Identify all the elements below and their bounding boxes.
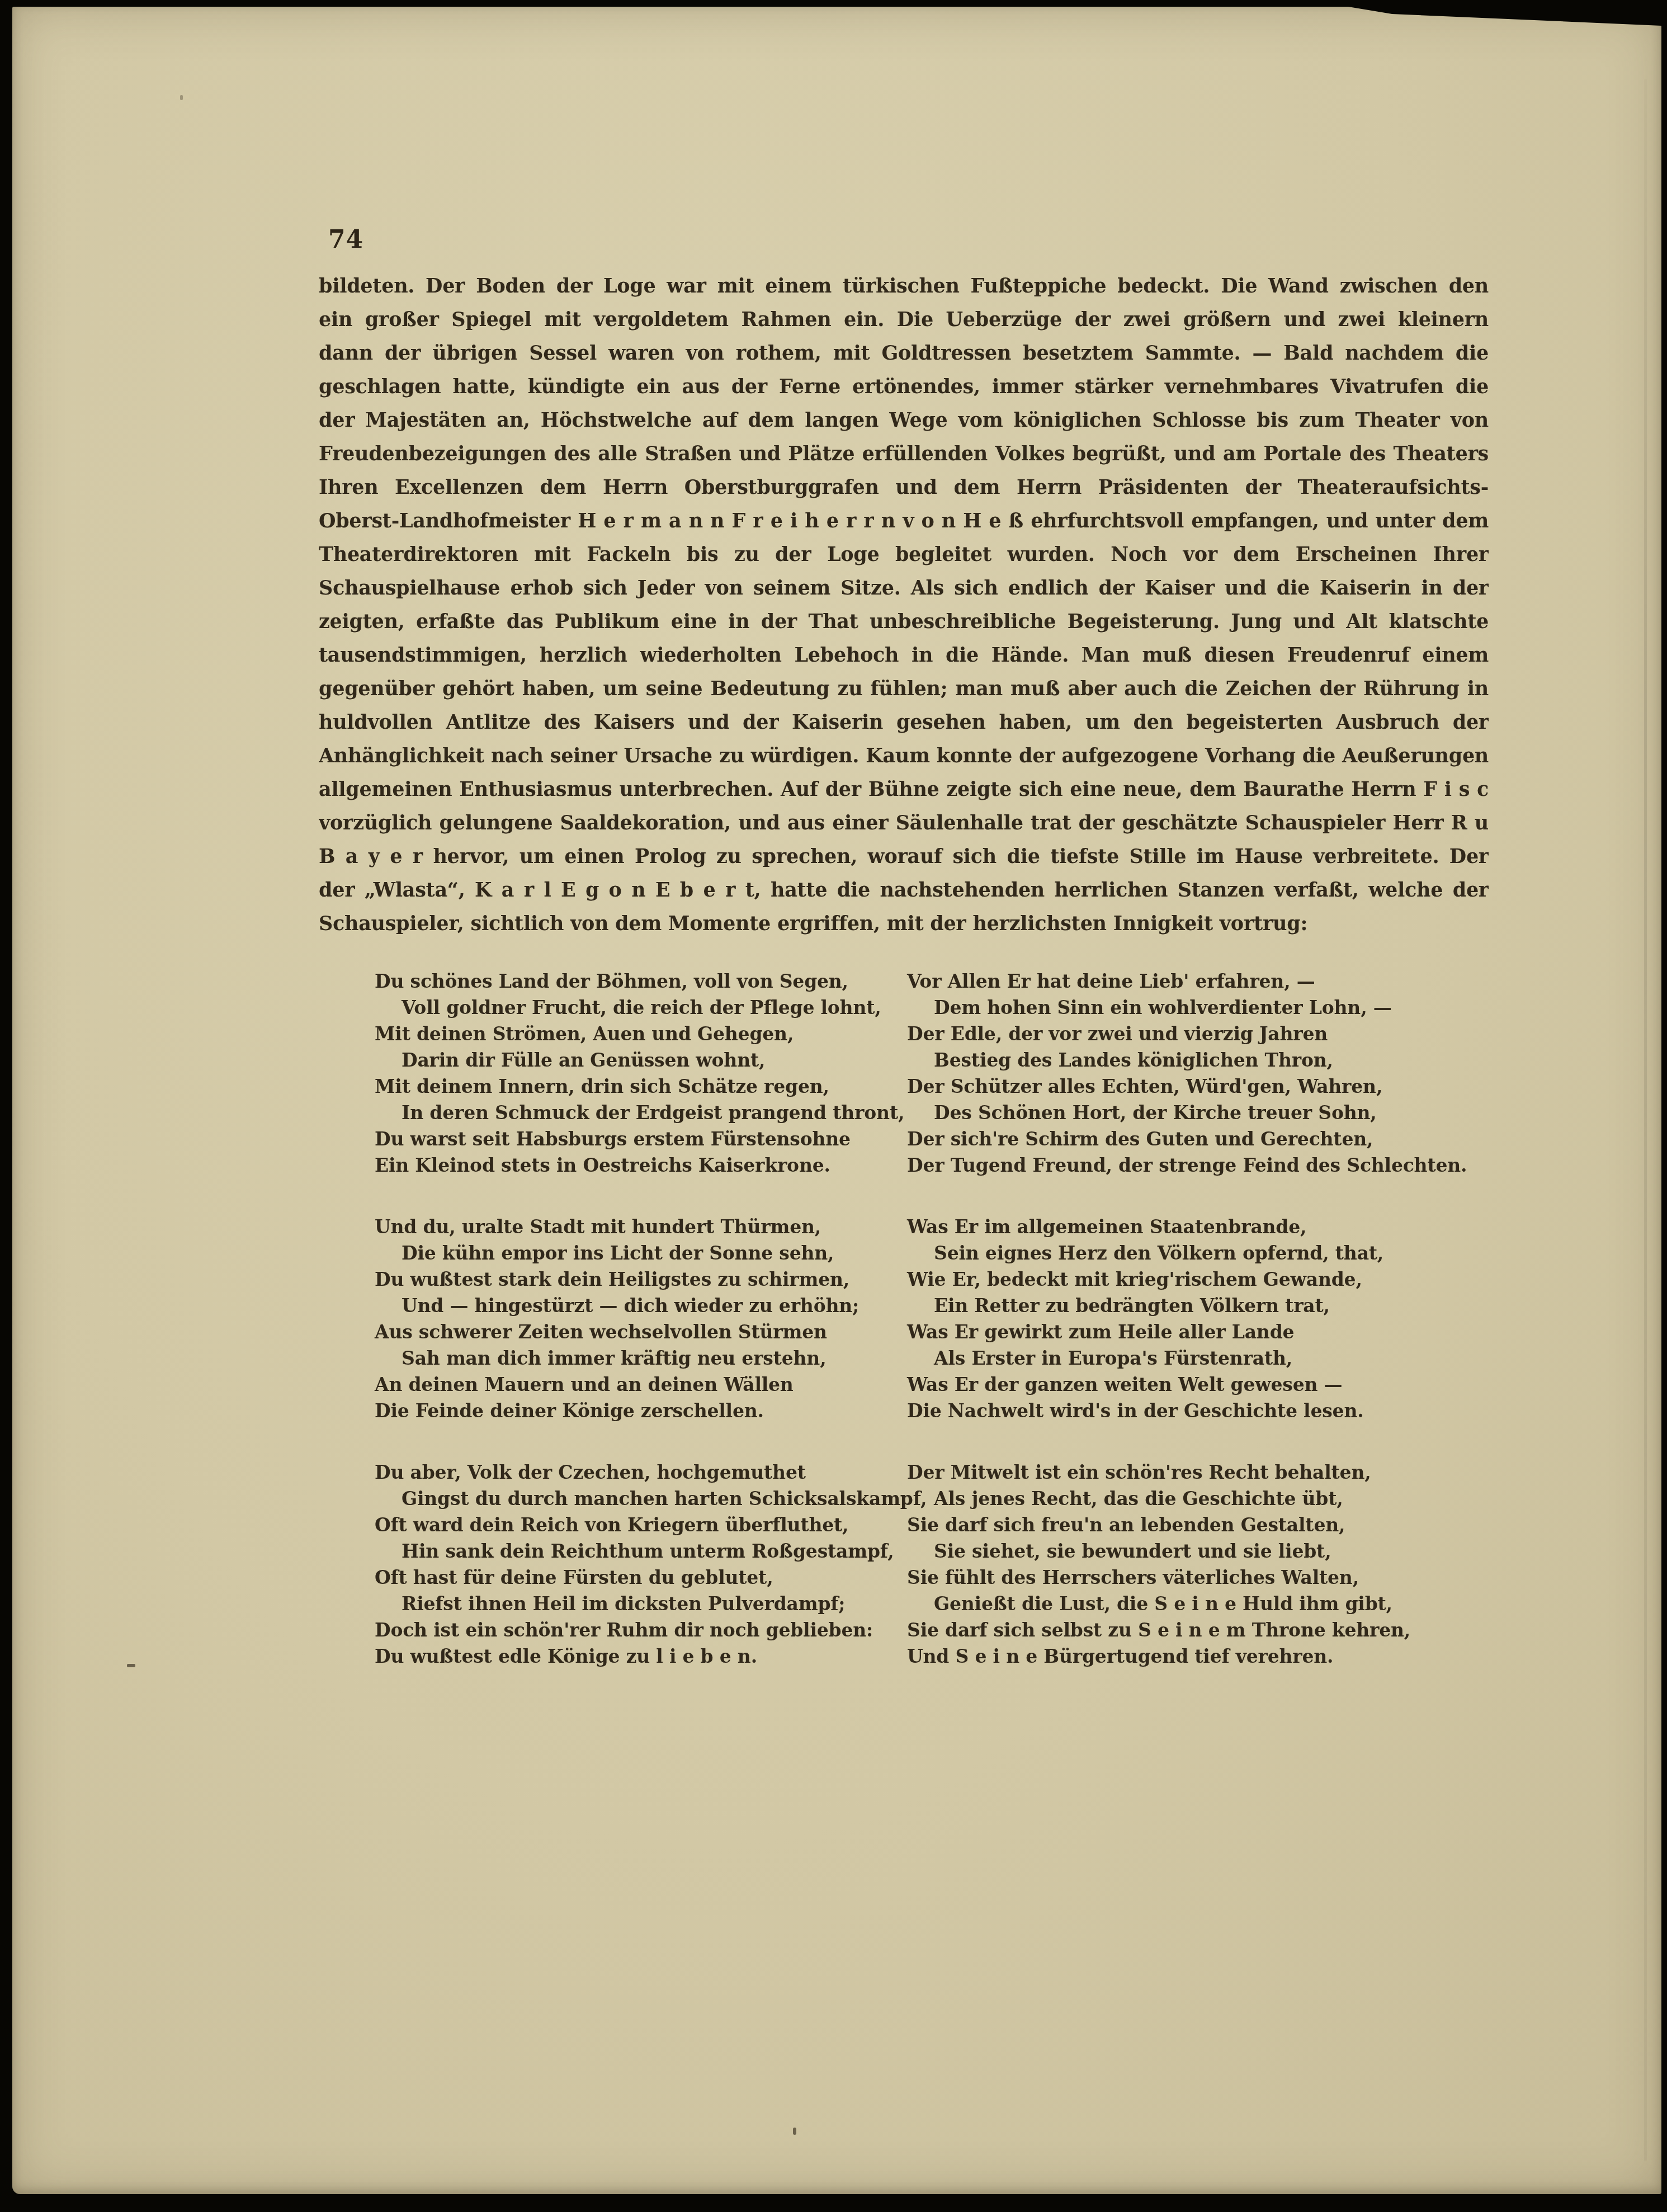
stanza: Und du, uralte Stadt mit hundert Thürmen… bbox=[375, 1214, 927, 1424]
body-line: Ihren Excellenzen dem Herrn Oberstburggr… bbox=[319, 471, 1489, 504]
body-paragraph: bildeten. Der Boden der Loge war mit ein… bbox=[319, 270, 1489, 941]
body-line: Theaterdirektoren mit Fackeln bis zu der… bbox=[319, 538, 1489, 572]
page-crease bbox=[1644, 79, 1647, 2161]
verse-line: Was Er im allgemeinen Staatenbrande, bbox=[907, 1214, 1467, 1240]
body-line: Schauspielhause erhob sich Jeder von sei… bbox=[319, 572, 1489, 605]
poem-left-column: Du schönes Land der Böhmen, voll von Seg… bbox=[375, 968, 927, 1705]
stanza: Der Mitwelt ist ein schön'res Recht beha… bbox=[907, 1459, 1467, 1669]
verse-line: Und — hingestürzt — dich wieder zu erhöh… bbox=[375, 1293, 927, 1319]
verse-line: Du wußtest stark dein Heiligstes zu schi… bbox=[375, 1266, 927, 1293]
verse-line: Riefst ihnen Heil im dicksten Pulverdamp… bbox=[375, 1591, 927, 1617]
verse-line: Oft ward dein Reich von Kriegern überflu… bbox=[375, 1512, 927, 1538]
body-line: gegenüber gehört haben, um seine Bedeutu… bbox=[319, 672, 1489, 706]
verse-line: Sah man dich immer kräftig neu erstehn, bbox=[375, 1345, 927, 1371]
verse-line: Genießt die Lust, die S e i n e Huld ihm… bbox=[907, 1591, 1467, 1617]
stanza: Vor Allen Er hat deine Lieb' erfahren, —… bbox=[907, 968, 1467, 1178]
stanza: Du aber, Volk der Czechen, hochgemuthetG… bbox=[375, 1459, 927, 1669]
verse-line: Du warst seit Habsburgs erstem Fürstenso… bbox=[375, 1126, 927, 1152]
verse-line: Sie siehet, sie bewundert und sie liebt, bbox=[907, 1538, 1467, 1564]
verse-line: Der Tugend Freund, der strenge Feind des… bbox=[907, 1152, 1467, 1178]
body-line: dann der übrigen Sessel waren von rothem… bbox=[319, 337, 1489, 370]
verse-line: Und S e i n e Bürgertugend tief verehren… bbox=[907, 1643, 1467, 1669]
body-line: Freudenbezeigungen des alle Straßen und … bbox=[319, 437, 1489, 471]
body-line: Oberst-Landhofmeister H e r m a n n F r … bbox=[319, 504, 1489, 538]
stanza: Du schönes Land der Böhmen, voll von Seg… bbox=[375, 968, 927, 1178]
verse-line: Sie fühlt des Herrschers väterliches Wal… bbox=[907, 1564, 1467, 1591]
verse-line: Voll goldner Frucht, die reich der Pfleg… bbox=[375, 994, 927, 1021]
verse-line: Des Schönen Hort, der Kirche treuer Sohn… bbox=[907, 1100, 1467, 1126]
body-line: zeigten, erfaßte das Publikum eine in de… bbox=[319, 605, 1489, 639]
verse-line: Sie darf sich selbst zu S e i n e m Thro… bbox=[907, 1617, 1467, 1643]
verse-line: Der Schützer alles Echten, Würd'gen, Wah… bbox=[907, 1073, 1467, 1100]
page-number: 74 bbox=[328, 225, 363, 254]
ink-speck bbox=[793, 2128, 796, 2135]
verse-line: Als jenes Recht, das die Geschichte übt, bbox=[907, 1485, 1467, 1512]
body-line: bildeten. Der Boden der Loge war mit ein… bbox=[319, 270, 1489, 303]
body-line: B a y e r hervor, um einen Prolog zu spr… bbox=[319, 840, 1489, 874]
scan-black-border: { "page_number": "74", "body": { "lines"… bbox=[0, 0, 1667, 2212]
verse-line: An deinen Mauern und an deinen Wällen bbox=[375, 1371, 927, 1398]
body-line: huldvollen Antlitze des Kaisers und der … bbox=[319, 706, 1489, 739]
verse-line: Was Er gewirkt zum Heile aller Lande bbox=[907, 1319, 1467, 1345]
verse-line: Sein eignes Herz den Völkern opfernd, th… bbox=[907, 1240, 1467, 1266]
verse-line: Mit deinen Strömen, Auen und Gehegen, bbox=[375, 1021, 927, 1047]
verse-line: Gingst du durch manchen harten Schicksal… bbox=[375, 1485, 927, 1512]
verse-line: Der Mitwelt ist ein schön'res Recht beha… bbox=[907, 1459, 1467, 1485]
verse-line: Als Erster in Europa's Fürstenrath, bbox=[907, 1345, 1467, 1371]
verse-line: Dem hohen Sinn ein wohlverdienter Lohn, … bbox=[907, 994, 1467, 1021]
verse-line: Ein Kleinod stets in Oestreichs Kaiserkr… bbox=[375, 1152, 927, 1178]
body-line: allgemeinen Enthusiasmus unterbrechen. A… bbox=[319, 773, 1489, 806]
body-line: vorzüglich gelungene Saaldekoration, und… bbox=[319, 806, 1489, 840]
verse-line: Sie darf sich freu'n an lebenden Gestalt… bbox=[907, 1512, 1467, 1538]
verse-line: Du schönes Land der Böhmen, voll von Seg… bbox=[375, 968, 927, 994]
verse-line: Wie Er, bedeckt mit krieg'rischem Gewand… bbox=[907, 1266, 1467, 1293]
verse-line: Darin dir Fülle an Genüssen wohnt, bbox=[375, 1047, 927, 1073]
verse-line: In deren Schmuck der Erdgeist prangend t… bbox=[375, 1100, 927, 1126]
scan-shadow bbox=[1348, 7, 1661, 26]
ink-speck bbox=[127, 1664, 135, 1667]
body-line: ein großer Spiegel mit vergoldetem Rahme… bbox=[319, 303, 1489, 337]
verse-line: Die kühn empor ins Licht der Sonne sehn, bbox=[375, 1240, 927, 1266]
verse-line: Was Er der ganzen weiten Welt gewesen — bbox=[907, 1371, 1467, 1398]
verse-line: Mit deinem Innern, drin sich Schätze reg… bbox=[375, 1073, 927, 1100]
ink-speck bbox=[180, 95, 183, 100]
verse-line: Vor Allen Er hat deine Lieb' erfahren, — bbox=[907, 968, 1467, 994]
verse-line: Die Feinde deiner Könige zerschellen. bbox=[375, 1398, 927, 1424]
verse-line: Oft hast für deine Fürsten du geblutet, bbox=[375, 1564, 927, 1591]
body-line: Anhänglichkeit nach seiner Ursache zu wü… bbox=[319, 739, 1489, 773]
verse-line: Und du, uralte Stadt mit hundert Thürmen… bbox=[375, 1214, 927, 1240]
verse-line: Du aber, Volk der Czechen, hochgemuthet bbox=[375, 1459, 927, 1485]
verse-line: Doch ist ein schön'rer Ruhm dir noch geb… bbox=[375, 1617, 927, 1643]
stanza: Was Er im allgemeinen Staatenbrande,Sein… bbox=[907, 1214, 1467, 1424]
body-line: der „Wlasta“, K a r l E g o n E b e r t,… bbox=[319, 874, 1489, 907]
body-line: tausendstimmigen, herzlich wiederholten … bbox=[319, 639, 1489, 672]
body-line: der Majestäten an, Höchstwelche auf dem … bbox=[319, 404, 1489, 437]
book-page: 74 bildeten. Der Boden der Loge war mit … bbox=[12, 7, 1661, 2194]
body-line: Schauspieler, sichtlich von dem Momente … bbox=[319, 907, 1489, 941]
verse-line: Ein Retter zu bedrängten Völkern trat, bbox=[907, 1293, 1467, 1319]
poem-right-column: Vor Allen Er hat deine Lieb' erfahren, —… bbox=[907, 968, 1467, 1705]
verse-line: Die Nachwelt wird's in der Geschichte le… bbox=[907, 1398, 1467, 1424]
verse-line: Du wußtest edle Könige zu l i e b e n. bbox=[375, 1643, 927, 1669]
verse-line: Bestieg des Landes königlichen Thron, bbox=[907, 1047, 1467, 1073]
verse-line: Aus schwerer Zeiten wechselvollen Stürme… bbox=[375, 1319, 927, 1345]
body-line: geschlagen hatte, kündigte ein aus der F… bbox=[319, 370, 1489, 404]
verse-line: Hin sank dein Reichthum unterm Roßgestam… bbox=[375, 1538, 927, 1564]
verse-line: Der Edle, der vor zwei und vierzig Jahre… bbox=[907, 1021, 1467, 1047]
verse-line: Der sich're Schirm des Guten und Gerecht… bbox=[907, 1126, 1467, 1152]
